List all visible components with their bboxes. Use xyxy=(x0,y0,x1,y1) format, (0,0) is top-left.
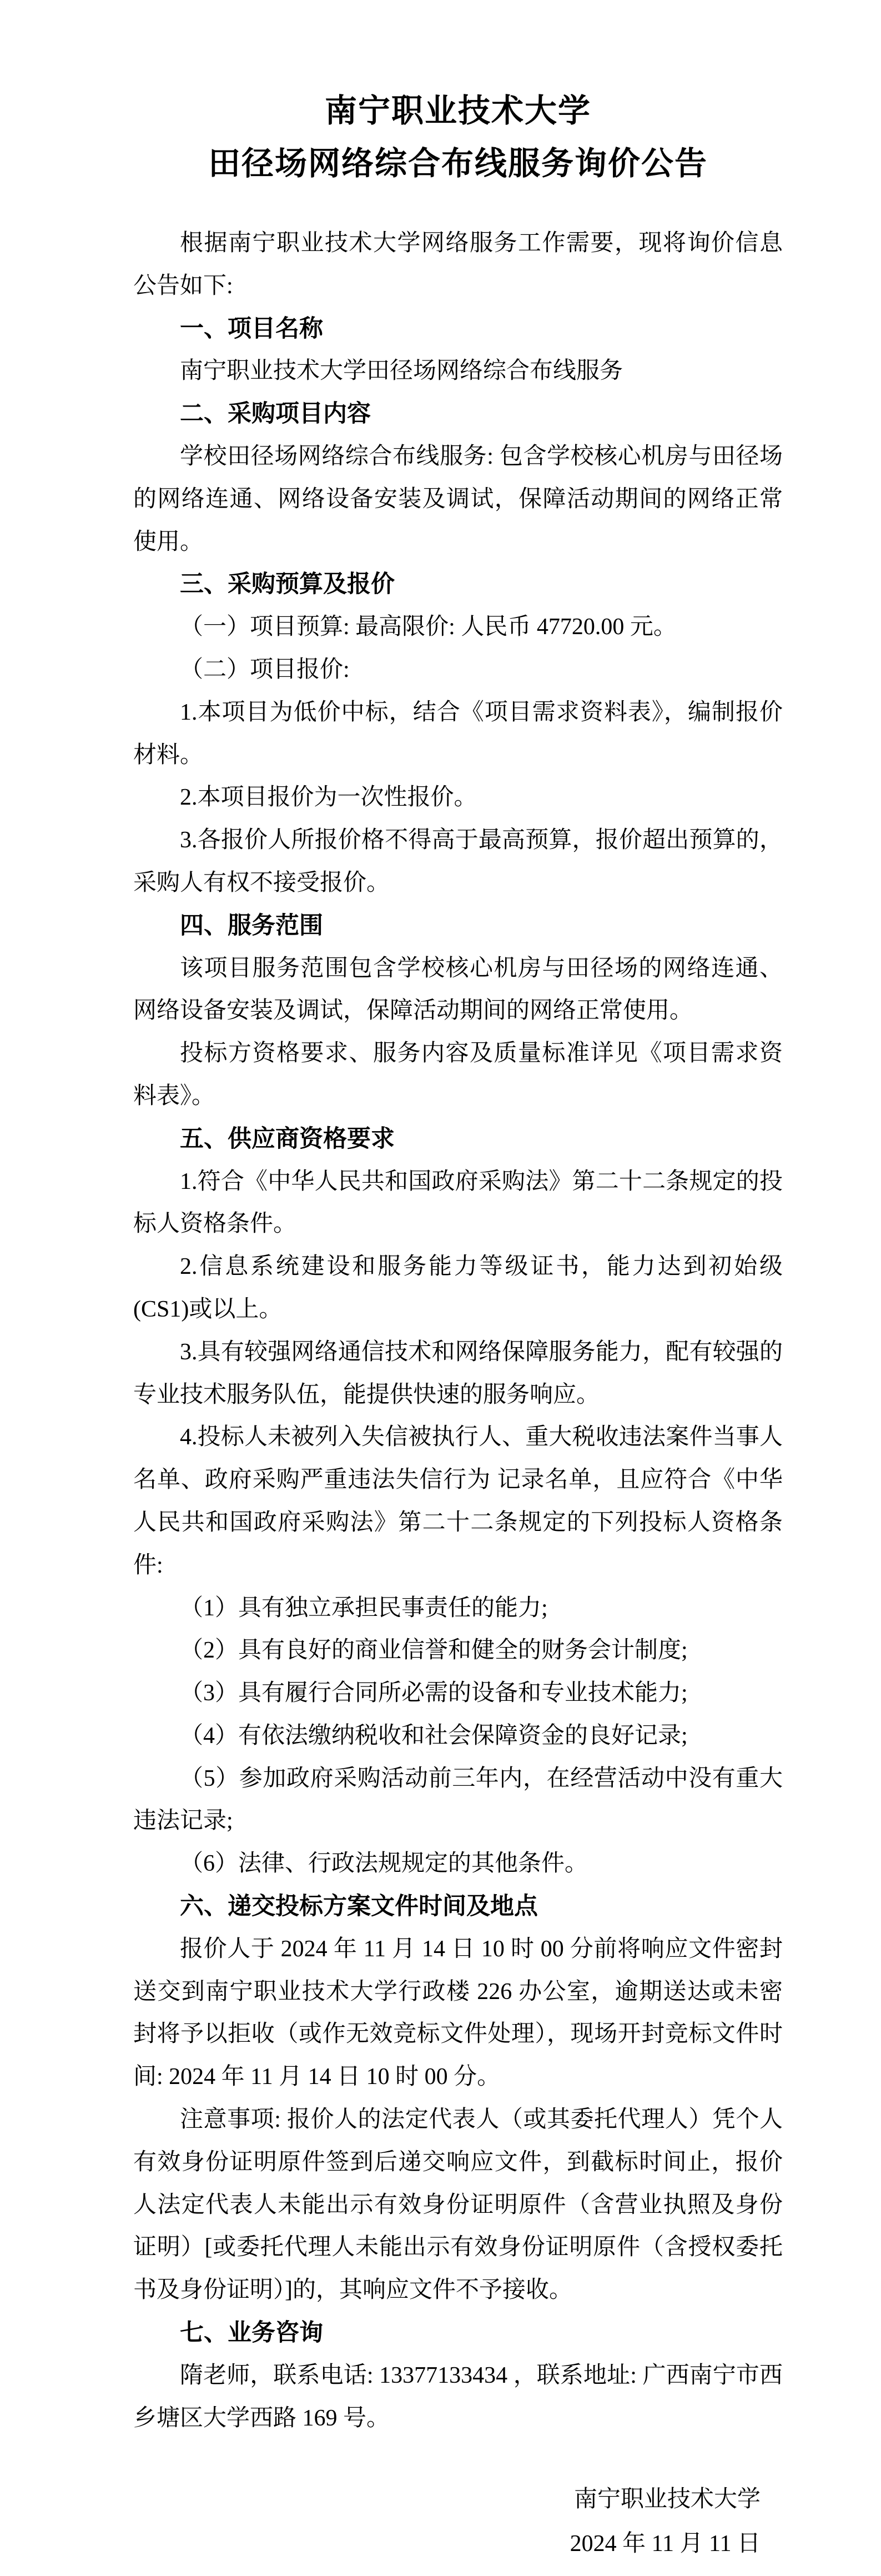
paragraph: 2.信息系统建设和服务能力等级证书，能力达到初始级(CS1)或以上。 xyxy=(133,1246,783,1331)
paragraph: （4）有依法缴纳税收和社会保障资金的良好记录; xyxy=(133,1715,783,1757)
document-title: 南宁职业技术大学 田径场网络综合布线服务询价公告 xyxy=(133,84,783,190)
section-budget-quote: 三、采购预算及报价 （一）项目预算: 最高限价: 人民币 47720.00 元。… xyxy=(133,563,783,904)
paragraph: 4.投标人未被列入失信被执行人、重大税收违法案件当事人名单、政府采购严重违法失信… xyxy=(133,1416,783,1586)
paragraph: 1.本项目为低价中标，结合《项目需求资料表》，编制报价材料。 xyxy=(133,691,783,777)
paragraph: （6）法律、行政法规规定的其他条件。 xyxy=(133,1842,783,1885)
paragraph: 2.本项目报价为一次性报价。 xyxy=(133,776,783,819)
paragraph: 3.各报价人所报价格不得高于最高预算，报价超出预算的，采购人有权不接受报价。 xyxy=(133,819,783,905)
intro-paragraph: 根据南宁职业技术大学网络服务工作需要，现将询价信息公告如下: xyxy=(133,222,783,308)
paragraph: 学校田径场网络综合布线服务: 包含学校核心机房与田径场的网络连通、网络设备安装及… xyxy=(133,435,783,563)
paragraph: 南宁职业技术大学田径场网络综合布线服务 xyxy=(133,350,783,393)
section-heading: 一、项目名称 xyxy=(133,308,783,350)
paragraph: 1.符合《中华人民共和国政府采购法》第二十二条规定的投标人资格条件。 xyxy=(133,1161,783,1246)
title-line-2: 田径场网络综合布线服务询价公告 xyxy=(133,137,783,190)
section-heading: 五、供应商资格要求 xyxy=(133,1118,783,1161)
paragraph: 报价人于 2024 年 11 月 14 日 10 时 00 分前将响应文件密封送… xyxy=(133,1928,783,2098)
paragraph: 投标方资格要求、服务内容及质量标准详见《项目需求资料表》。 xyxy=(133,1032,783,1118)
paragraph: 隋老师，联系电话: 13377133434 ，联系地址: 广西南宁市西乡塘区大学… xyxy=(133,2354,783,2440)
document-body: 根据南宁职业技术大学网络服务工作需要，现将询价信息公告如下: 一、项目名称 南宁… xyxy=(133,222,783,2439)
paragraph: （一）项目预算: 最高限价: 人民币 47720.00 元。 xyxy=(133,606,783,649)
signature-block: 南宁职业技术大学 2024 年 11 月 11 日 xyxy=(133,2477,783,2566)
section-heading: 六、递交投标方案文件时间及地点 xyxy=(133,1885,783,1928)
paragraph: 该项目服务范围包含学校核心机房与田径场的网络连通、网络设备安装及调试，保障活动期… xyxy=(133,947,783,1033)
section-heading: 二、采购项目内容 xyxy=(133,393,783,435)
document-page: 南宁职业技术大学 田径场网络综合布线服务询价公告 根据南宁职业技术大学网络服务工… xyxy=(0,0,881,2576)
paragraph: （5）参加政府采购活动前三年内，在经营活动中没有重大违法记录; xyxy=(133,1757,783,1843)
signature-date: 2024 年 11 月 11 日 xyxy=(133,2522,761,2566)
section-procurement-content: 二、采购项目内容 学校田径场网络综合布线服务: 包含学校核心机房与田径场的网络连… xyxy=(133,393,783,563)
paragraph: （1）具有独立承担民事责任的能力; xyxy=(133,1587,783,1630)
section-heading: 四、服务范围 xyxy=(133,905,783,947)
paragraph: 注意事项: 报价人的法定代表人（或其委托代理人）凭个人有效身份证明原件签到后递交… xyxy=(133,2098,783,2312)
signature-org: 南宁职业技术大学 xyxy=(133,2477,761,2522)
section-business-consultation: 七、业务咨询 隋老师，联系电话: 13377133434 ，联系地址: 广西南宁… xyxy=(133,2312,783,2439)
section-service-scope: 四、服务范围 该项目服务范围包含学校核心机房与田径场的网络连通、网络设备安装及调… xyxy=(133,905,783,1118)
paragraph: （3）具有履行合同所必需的设备和专业技术能力; xyxy=(133,1672,783,1715)
section-heading: 七、业务咨询 xyxy=(133,2312,783,2354)
paragraph: （二）项目报价: xyxy=(133,649,783,691)
paragraph: （2）具有良好的商业信誉和健全的财务会计制度; xyxy=(133,1629,783,1672)
section-submission-time-place: 六、递交投标方案文件时间及地点 报价人于 2024 年 11 月 14 日 10… xyxy=(133,1885,783,2312)
section-supplier-qualification: 五、供应商资格要求 1.符合《中华人民共和国政府采购法》第二十二条规定的投标人资… xyxy=(133,1118,783,1885)
section-heading: 三、采购预算及报价 xyxy=(133,563,783,606)
title-line-1: 南宁职业技术大学 xyxy=(133,84,783,137)
paragraph: 3.具有较强网络通信技术和网络保障服务能力，配有较强的专业技术服务队伍，能提供快… xyxy=(133,1331,783,1417)
section-project-name: 一、项目名称 南宁职业技术大学田径场网络综合布线服务 xyxy=(133,308,783,393)
